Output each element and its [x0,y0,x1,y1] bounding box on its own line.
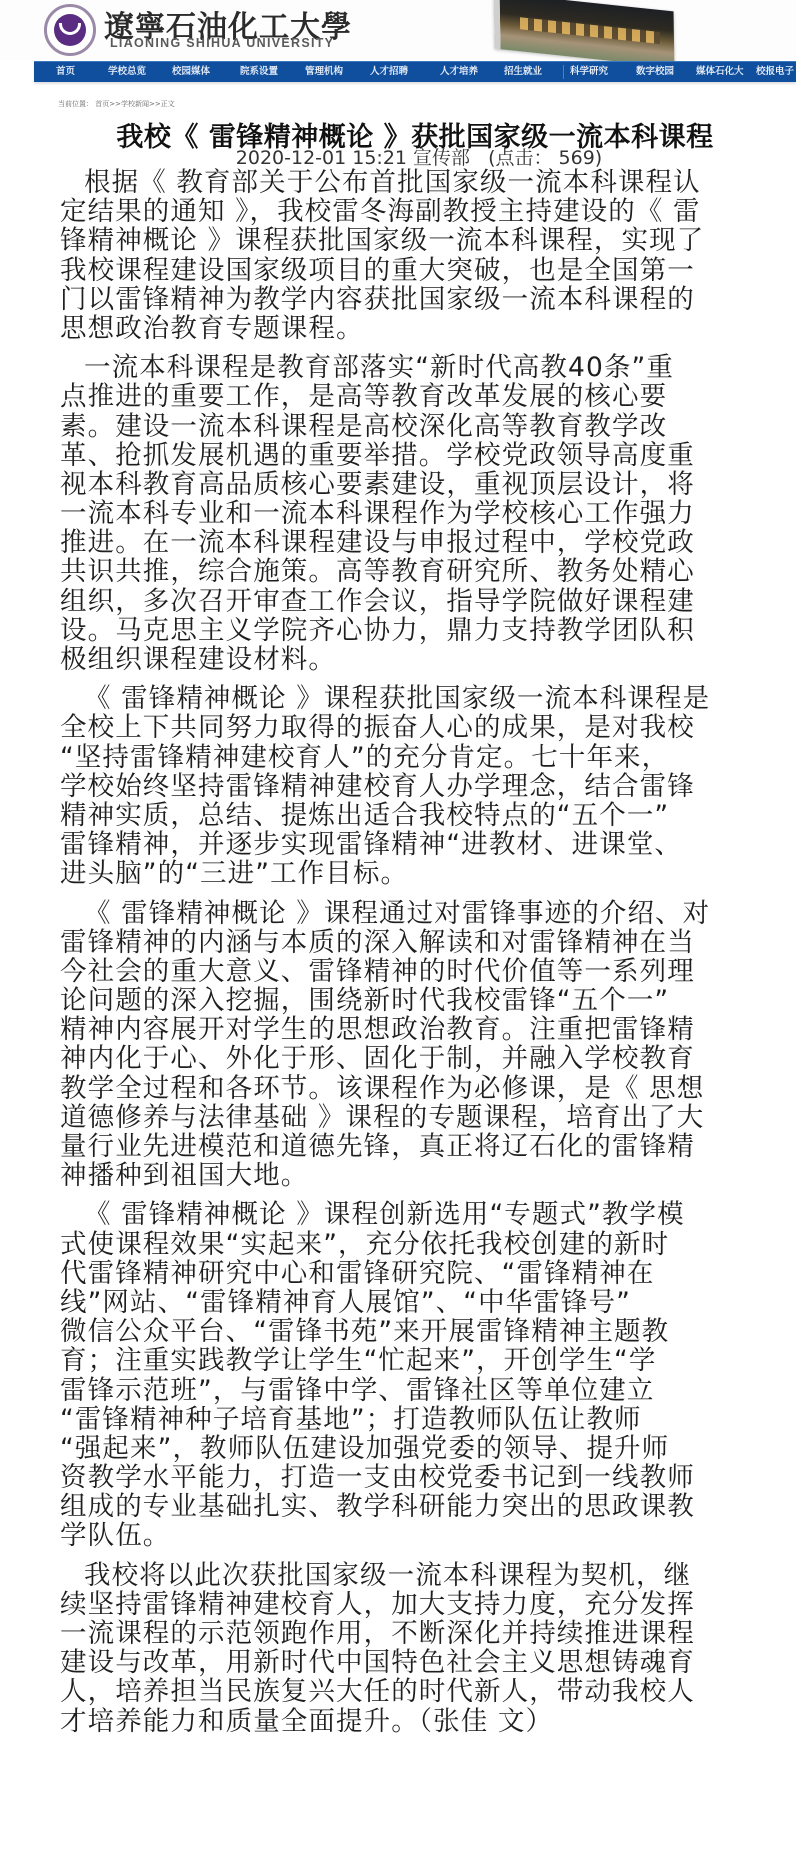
paragraph-line: 一流本科专业和一流本科课程作为学校核心工作强力 [60,499,782,528]
nav-item[interactable]: 院系设置 [240,65,278,79]
paragraph-line: 代雷锋精神研究中心和雷锋研究院、“雷锋精神在 [60,1259,782,1288]
paragraph-line: 极组织课程建设材料。 [60,645,782,674]
paragraph-line: 今社会的重大意义、雷锋精神的时代价值等一系列理 [60,957,782,986]
article-paragraph: 《 雷锋精神概论 》课程通过对雷锋事迹的介绍、对雷锋精神的内涵与本质的深入解读和… [60,899,782,1191]
paragraph-line: 定结果的通知 》，我校雷冬海副教授主持建设的《 雷 [60,197,782,226]
paragraph-line: 精神内容展开对学生的思想政治教育。注重把雷锋精 [60,1015,782,1044]
paragraph-line: “强起来”，教师队伍建设加强党委的领导、提升师 [60,1434,782,1463]
paragraph-line: 资教学水平能力，打造一支由校党委书记到一线教师 [60,1463,782,1492]
article-meta: 2020-12-01 15:21 宣传部(点击： 569) [0,143,796,170]
paragraph-line: 组成的专业基础扎实、教学科研能力突出的思政课教 [60,1492,782,1521]
paragraph-line: 全校上下共同努力取得的振奋人心的成果，是对我校 [60,713,782,742]
paragraph-line: 我校课程建设国家级项目的重大突破，也是全国第一 [60,256,782,285]
paragraph-line: 根据《 教育部关于公布首批国家级一流本科课程认 [60,168,782,197]
main-nav: 首页学校总览校园媒体院系设置管理机构人才招聘人才培养招生就业科学研究数字校园媒体… [34,61,796,82]
paragraph-line: 进头脑”的“三进”工作目标。 [60,859,782,888]
article-paragraph: 根据《 教育部关于公布首批国家级一流本科课程认定结果的通知 》，我校雷冬海副教授… [60,168,782,343]
article-paragraph: 一流本科课程是教育部落实“新时代高教40条”重点推进的重要工作，是高等教育改革发… [60,353,782,674]
paragraph-line: 式使课程效果“实起来”，充分依托我校创建的新时 [60,1230,782,1259]
paragraph-line: 精神实质，总结、提炼出适合我校特点的“五个一” [60,801,782,830]
paragraph-line: 育；注重实践教学让学生“忙起来”，开创学生“学 [60,1346,782,1375]
paragraph-line: 锋精神概论 》课程获批国家级一流本科课程，实现了 [60,226,782,255]
paragraph-line: 革、抢抓发展机遇的重要举措。学校党政领导高度重 [60,441,782,470]
nav-item[interactable]: 人才招聘 [370,65,408,79]
paragraph-line: 学校始终坚持雷锋精神建校育人办学理念，结合雷锋 [60,772,782,801]
paragraph-line: “坚持雷锋精神建校育人”的充分肯定。七十年来， [60,743,782,772]
paragraph-line: 神内化于心、外化于形、固化于制，并融入学校教育 [60,1044,782,1073]
paragraph-line: 思想政治教育专题课程。 [60,314,782,343]
paragraph-line: 雷锋精神的内涵与本质的深入解读和对雷锋精神在当 [60,928,782,957]
nav-item[interactable]: 校报电子 [756,65,794,79]
article-department: 宣传部 [413,147,470,169]
paragraph-line: 视本科教育高品质核心要素建设，重视顶层设计，将 [60,470,782,499]
nav-item[interactable]: 人才培养 [440,65,478,79]
paragraph-line: 续坚持雷锋精神建校育人，加大支持力度，充分发挥 [60,1590,782,1619]
nav-item[interactable]: 媒体石化大 [696,65,744,79]
university-name-en: LIAONING SHIHUA UNIVERSITY [110,36,334,50]
site-header: 遼寧石油化工大學 LIAONING SHIHUA UNIVERSITY [0,0,796,60]
article-clicks: (点击： 569) [488,147,602,169]
paragraph-line: 教学全过程和各环节。该课程作为必修课，是《 思想 [60,1074,782,1103]
article-date: 2020-12-01 15:21 [236,147,407,169]
paragraph-line: 设。马克思主义学院齐心协力，鼎力支持教学团队积 [60,616,782,645]
paragraph-line: 才培养能力和质量全面提升。（张佳 文） [60,1707,782,1736]
paragraph-line: 雷锋示范班”，与雷锋中学、雷锋社区等单位建立 [60,1376,782,1405]
paragraph-line: 线”网站、“雷锋精神育人展馆”、“中华雷锋号” [60,1288,782,1317]
article-paragraph: 《 雷锋精神概论 》课程创新选用“专题式”教学模式使课程效果“实起来”，充分依托… [60,1200,782,1550]
nav-item[interactable]: 首页 [56,65,75,79]
nav-item[interactable]: 数字校园 [636,65,674,79]
paragraph-line: 微信公众平台、“雷锋书苑”来开展雷锋精神主题教 [60,1317,782,1346]
article-body: 根据《 教育部关于公布首批国家级一流本科课程认定结果的通知 》，我校雷冬海副教授… [60,168,782,1746]
paragraph-line: “雷锋精神种子培育基地”；打造教师队伍让教师 [60,1405,782,1434]
nav-item[interactable]: 科学研究 [570,65,608,79]
paragraph-line: 门以雷锋精神为教学内容获批国家级一流本科课程的 [60,285,782,314]
paragraph-line: 素。建设一流本科课程是高校深化高等教育教学改 [60,412,782,441]
article-paragraph: 《 雷锋精神概论 》课程获批国家级一流本科课程是全校上下共同努力取得的振奋人心的… [60,684,782,888]
paragraph-line: 我校将以此次获批国家级一流本科课程为契机，继 [60,1561,782,1590]
article-paragraph: 我校将以此次获批国家级一流本科课程为契机，继续坚持雷锋精神建校育人，加大支持力度… [60,1561,782,1736]
nav-item[interactable]: 学校总览 [108,65,146,79]
paragraph-line: 道德修养与法律基础 》课程的专题课程，培育出了大 [60,1103,782,1132]
paragraph-line: 共识共推，综合施策。高等教育研究所、教务处精心 [60,557,782,586]
paragraph-line: 点推进的重要工作，是高等教育改革发展的核心要 [60,382,782,411]
paragraph-line: 一流课程的示范领跑作用，不断深化并持续推进课程 [60,1619,782,1648]
logo-emblem [54,14,86,46]
paragraph-line: 建设与改革，用新时代中国特色社会主义思想铸魂育 [60,1648,782,1677]
nav-item[interactable]: 校园媒体 [172,65,210,79]
paragraph-line: 一流本科课程是教育部落实“新时代高教40条”重 [60,353,782,382]
paragraph-line: 人，培养担当民族复兴大任的时代新人，带动我校人 [60,1677,782,1706]
nav-item[interactable]: 管理机构 [305,65,343,79]
paragraph-line: 论问题的深入挖掘，围绕新时代我校雷锋“五个一” [60,986,782,1015]
breadcrumb: 当前位置： 首页>>学校新闻>>正文 [58,99,175,109]
paragraph-line: 《 雷锋精神概论 》课程获批国家级一流本科课程是 [60,684,782,713]
banner-building-lights [520,17,660,44]
nav-divider [563,65,564,79]
paragraph-line: 组织，多次召开审查工作会议，指导学院做好课程建 [60,587,782,616]
paragraph-line: 雷锋精神，并逐步实现雷锋精神“进教材、进课堂、 [60,830,782,859]
logo-swirl-icon [59,23,81,35]
paragraph-line: 《 雷锋精神概论 》课程创新选用“专题式”教学模 [60,1200,782,1229]
campus-banner-image [494,0,675,68]
paragraph-line: 《 雷锋精神概论 》课程通过对雷锋事迹的介绍、对 [60,899,782,928]
paragraph-line: 神播种到祖国大地。 [60,1161,782,1190]
paragraph-line: 量行业先进模范和道德先锋，真正将辽石化的雷锋精 [60,1132,782,1161]
university-logo-icon[interactable] [44,4,96,56]
nav-item[interactable]: 招生就业 [504,65,542,79]
paragraph-line: 推进。在一流本科课程建设与申报过程中，学校党政 [60,528,782,557]
paragraph-line: 学队伍。 [60,1521,782,1550]
